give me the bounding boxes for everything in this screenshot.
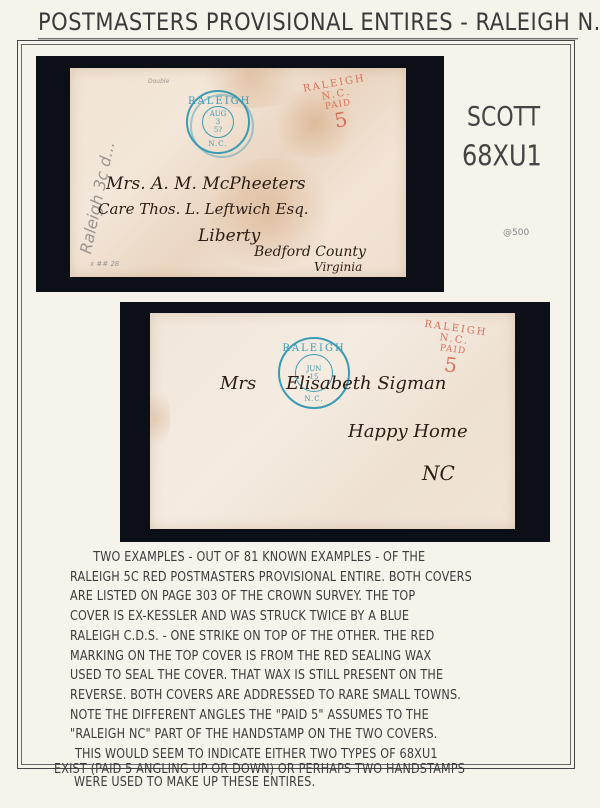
pencil-note-bottom: x ## 28 (90, 260, 119, 268)
pencil-note-double: Double (148, 78, 169, 85)
description-text: Two examples - out of 81 known examples … (70, 548, 590, 793)
description-line: marking on the top cover is from the red… (70, 647, 502, 667)
description-line: Raleigh C.D.S. - one strike on top of th… (70, 627, 502, 647)
description-line: were used to make up these entires. (74, 773, 502, 793)
paid-5-handstamp: RALEIGH N.C. PAID 5 (407, 317, 499, 380)
pencil-note-side: Raleigh 3c d... (76, 140, 118, 256)
cover-bottom: RALEIGH JUN 15 N.C. RALEIGH N.C. PAID 5 … (150, 313, 515, 529)
address-line-3: Happy Home (348, 421, 468, 442)
address-line-1: Mrs. A. M. McPheeters (106, 174, 306, 194)
address-line-3: Liberty (198, 226, 260, 246)
address-line-1: Mrs (220, 373, 256, 394)
description-line: cover is ex-Kessler and was struck twice… (70, 607, 502, 627)
cds-postmark-second-strike (190, 94, 254, 158)
description-line: "Raleigh NC" part of the handstamp on th… (70, 725, 502, 745)
description-line: reverse. Both covers are addressed to ra… (70, 686, 502, 706)
address-line-2: Care Thos. L. Leftwich Esq. (98, 200, 309, 218)
address-line-4: NC (422, 461, 455, 485)
price-note: @500 (503, 228, 529, 238)
cover-top: Double Raleigh 3c d... x ## 28 RALEIGH A… (70, 68, 406, 277)
description-line: Note the different angles the "Paid 5" a… (70, 706, 502, 726)
address-line-2: Elisabeth Sigman (286, 373, 446, 394)
description-line: Two examples - out of 81 known examples … (70, 548, 502, 568)
description-line: are listed on page 303 of the Crown Surv… (70, 587, 502, 607)
description-line: used to seal the cover. That wax is stil… (70, 666, 502, 686)
address-line-4: Bedford County (254, 244, 366, 260)
page-title: Postmasters Provisional Entires - Raleig… (38, 6, 578, 39)
catalog-label: Scott (467, 103, 540, 133)
catalog-number: 68XU1 (462, 139, 542, 173)
address-line-5: Virginia (314, 260, 362, 274)
description-line: Raleigh 5c red postmasters provisional e… (70, 568, 502, 588)
